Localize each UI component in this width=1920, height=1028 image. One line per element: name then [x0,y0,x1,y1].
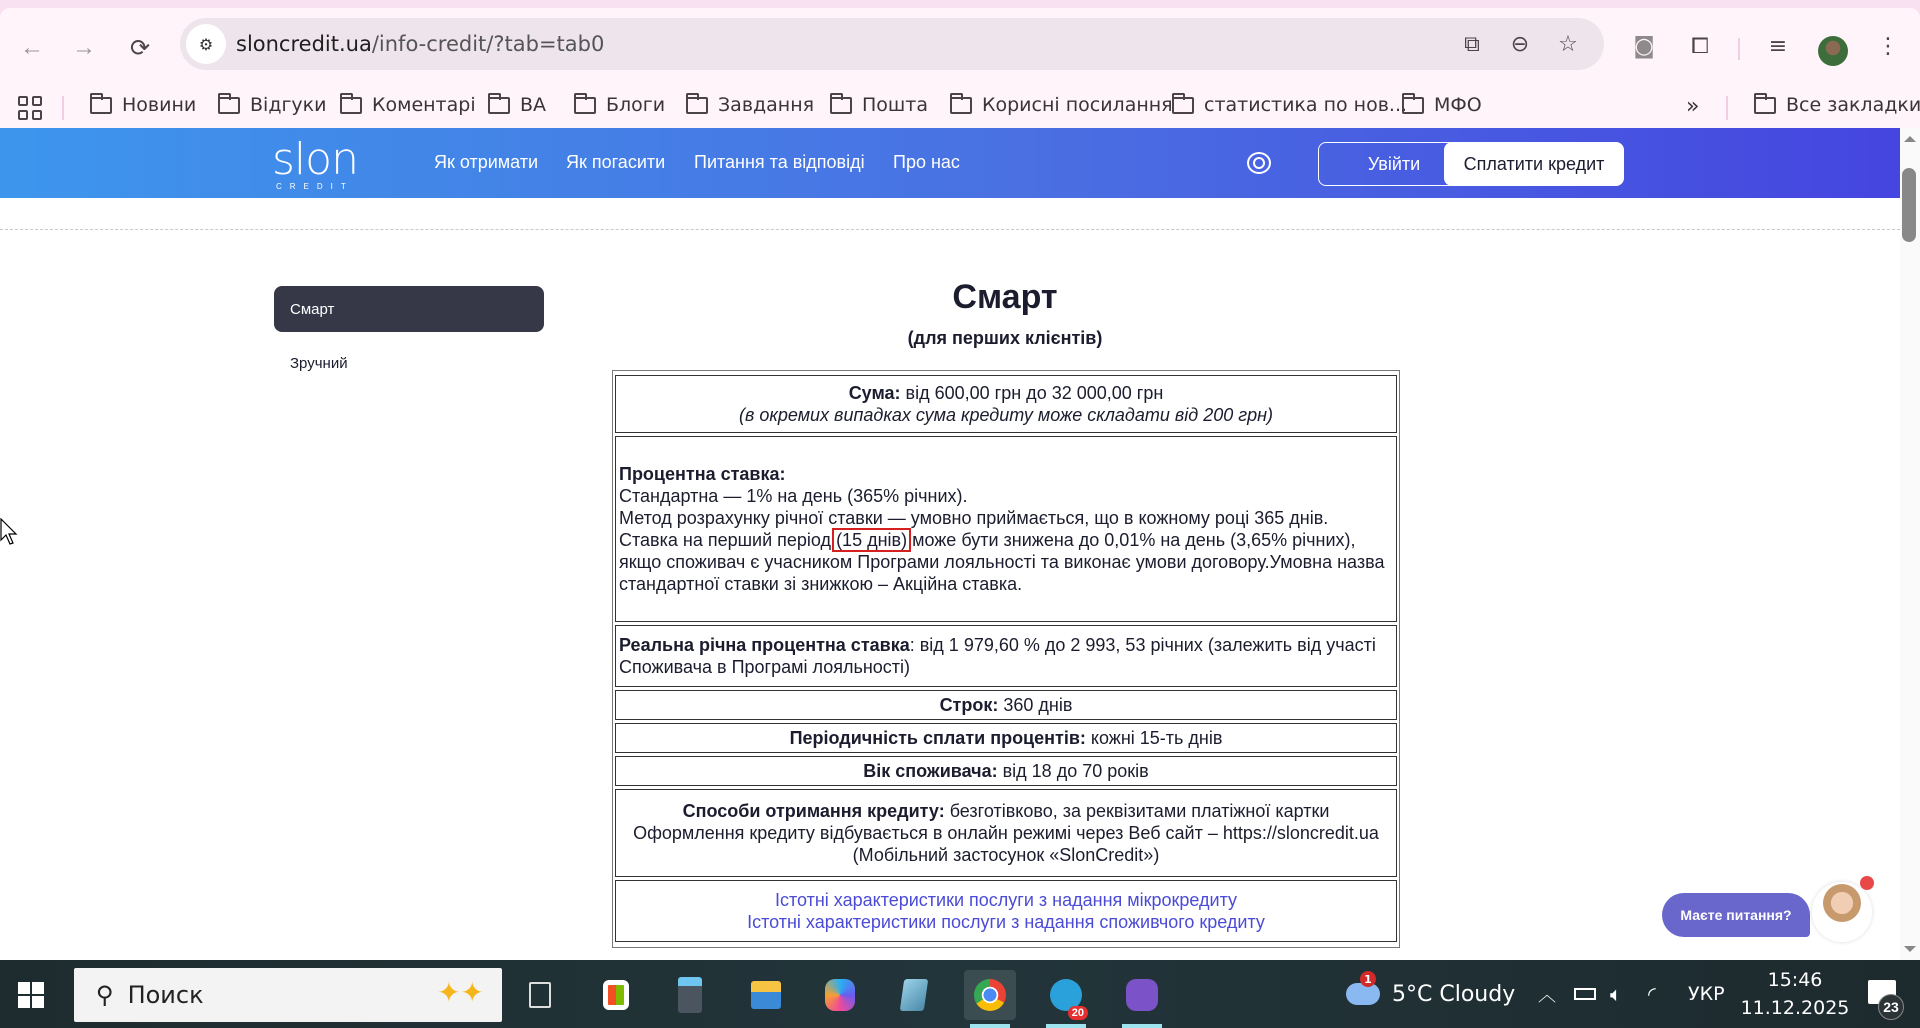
url-text[interactable]: sloncredit.ua/info-credit/?tab=tab0 [236,32,604,56]
back-button[interactable]: ← [14,30,50,66]
bookmark-item[interactable]: статистика по нов... [1172,94,1407,116]
tab-smart[interactable]: Смарт [274,286,544,332]
real-rate-row: Реальна річна процентна ставка: від 1 97… [615,625,1397,687]
pay-credit-button[interactable]: Сплатити кредит [1444,142,1624,186]
mouse-cursor-icon [0,518,20,553]
page-scrollbar[interactable] [1900,128,1920,960]
chrome-taskbar-icon[interactable] [964,970,1016,1020]
bookmark-item[interactable]: Корисні посилання [950,94,1173,116]
microcredit-terms-link[interactable]: Істотні характеристики послуги з надання… [775,890,1237,910]
folder-icon [574,97,596,114]
toolbar-divider [1738,38,1740,60]
folder-icon [1172,97,1194,114]
running-indicator [1046,1024,1086,1028]
age-row: Вік споживача: від 18 до 70 років [615,756,1397,786]
scroll-down-arrow[interactable] [1904,946,1916,952]
system-clock[interactable]: 15:46 11.12.2025 [1740,966,1850,1022]
site-logo[interactable]: slon CREDIT [272,140,382,190]
start-button[interactable] [18,982,44,1008]
active-indicator [970,1024,1010,1028]
accessibility-eye-icon[interactable] [1247,152,1271,174]
methods-row: Способи отримання кредиту: безготівково,… [615,789,1397,877]
language-indicator[interactable]: УКР [1688,960,1725,1028]
interest-rate-row: Процентна ставка: Стандартна — 1% на ден… [615,436,1397,622]
term-row: Строк: 360 днів [615,690,1397,720]
search-icon: ⚲ [96,981,114,1009]
zoom-out-icon[interactable]: ⊖ [1506,30,1534,58]
page-viewport: slon CREDIT Як отримати Як погасити Пита… [0,128,1900,960]
nav-link-about[interactable]: Про нас [893,152,960,173]
show-hidden-icons-button[interactable]: ︿ [1538,960,1556,1028]
url-domain: sloncredit.ua [236,32,372,56]
bookmark-star-icon[interactable]: ☆ [1554,30,1582,58]
viber-icon[interactable] [1116,970,1168,1020]
all-bookmarks-button[interactable]: Все закладки [1754,94,1920,116]
links-row: Істотні характеристики послуги з надання… [615,880,1397,942]
browser-toolbar: ← → ⟳ ⚙ sloncredit.ua/info-credit/?tab=t… [0,8,1920,128]
scroll-up-arrow[interactable] [1904,136,1916,142]
folder-icon [90,97,112,114]
bookmarks-bar: Новини Відгуки Коментарі ВА Блоги Завдан… [0,86,1920,128]
media-icon[interactable]: ≡ [1762,30,1794,62]
folder-icon [218,97,240,114]
folder-icon [686,97,708,114]
reload-button[interactable]: ⟳ [122,30,158,66]
more-bookmarks-button[interactable]: » [1686,94,1699,119]
folder-icon [830,97,852,114]
volume-icon[interactable]: 🔈︎ [1610,960,1622,1028]
menu-icon[interactable]: ⋮ [1872,30,1904,62]
divider [0,229,1900,230]
battery-icon[interactable] [1574,960,1596,1028]
bookmark-item[interactable]: ВА [488,94,546,116]
telegram-badge: 20 [1068,1006,1088,1020]
nav-link-how-to-repay[interactable]: Як погасити [566,152,665,173]
wifi-icon[interactable]: ◜ [1648,960,1656,1028]
product-subtitle: (для перших клієнтів) [612,328,1398,349]
chat-notification-dot [1860,876,1874,890]
notification-count: 23 [1878,994,1904,1020]
translate-icon[interactable]: ⧉ [1458,30,1486,58]
bookmarks-divider [1726,96,1728,120]
support-agent-avatar[interactable] [1812,882,1872,942]
copilot-icon[interactable] [814,970,866,1020]
consumer-credit-terms-link[interactable]: Істотні характеристики послуги з надання… [747,912,1265,932]
telegram-icon[interactable]: 20 [1040,970,1092,1020]
site-header: slon CREDIT Як отримати Як погасити Пита… [0,128,1900,198]
extensions-icon[interactable]: ⧠ [1684,30,1716,62]
bookmark-item[interactable]: МФО [1402,94,1482,116]
weather-badge: 1 [1360,971,1376,987]
highlight-box: (15 днів) [832,528,911,552]
taskbar-search[interactable]: ⚲ Поиск ✦✦ [74,968,502,1022]
tab-convenient[interactable]: Зручний [274,340,544,386]
weather-widget[interactable]: 1 5°C Cloudy [1346,960,1515,1028]
sparkles-icon: ✦✦ [437,976,484,1009]
nav-link-faq[interactable]: Питання та відповіді [694,152,865,173]
address-bar[interactable]: ⚙ sloncredit.ua/info-credit/?tab=tab0 ⧉ … [180,18,1604,70]
file-explorer-icon[interactable] [740,970,792,1020]
periodicity-row: Періодичність сплати процентів: кожні 15… [615,723,1397,753]
bookmark-item[interactable]: Пошта [830,94,928,116]
folder-icon [340,97,362,114]
windows-taskbar: ⚲ Поиск ✦✦ 20 1 5°C Cloudy ︿ 🔈︎ ◜ УКР 15… [0,960,1920,1028]
url-path: /info-credit/?tab=tab0 [372,32,605,56]
bookmark-item[interactable]: Відгуки [218,94,327,116]
sum-row: Сума: від 600,00 грн до 32 000,00 грн (в… [615,375,1397,433]
product-title: Смарт [612,278,1398,317]
bookmark-item[interactable]: Блоги [574,94,665,116]
apps-icon[interactable] [18,96,42,120]
scroll-thumb[interactable] [1902,168,1916,242]
folder-icon [1754,97,1776,114]
nav-link-how-to-get[interactable]: Як отримати [434,152,538,173]
bookmark-item[interactable]: Новини [90,94,196,116]
cloud-icon: 1 [1346,983,1380,1005]
forward-button[interactable]: → [66,30,102,66]
microsoft-store-icon[interactable] [590,970,642,1020]
folder-icon [950,97,972,114]
profile-avatar[interactable] [1818,36,1848,66]
product-info-table: Сума: від 600,00 грн до 32 000,00 грн (в… [612,370,1400,948]
folder-icon [1402,97,1424,114]
bookmarks-divider [62,96,64,120]
screenshot-icon[interactable]: ◙ [1628,30,1660,62]
running-indicator [1122,1024,1162,1028]
bookmark-item[interactable]: Коментарі [340,94,476,116]
notepad-icon[interactable] [888,970,940,1020]
chat-prompt-button[interactable]: Маєте питання? [1662,893,1810,937]
calculator-icon[interactable] [664,970,716,1020]
bookmark-item[interactable]: Завдання [686,94,814,116]
task-view-button[interactable] [514,970,566,1020]
folder-icon [488,97,510,114]
site-info-icon[interactable]: ⚙ [186,24,226,64]
